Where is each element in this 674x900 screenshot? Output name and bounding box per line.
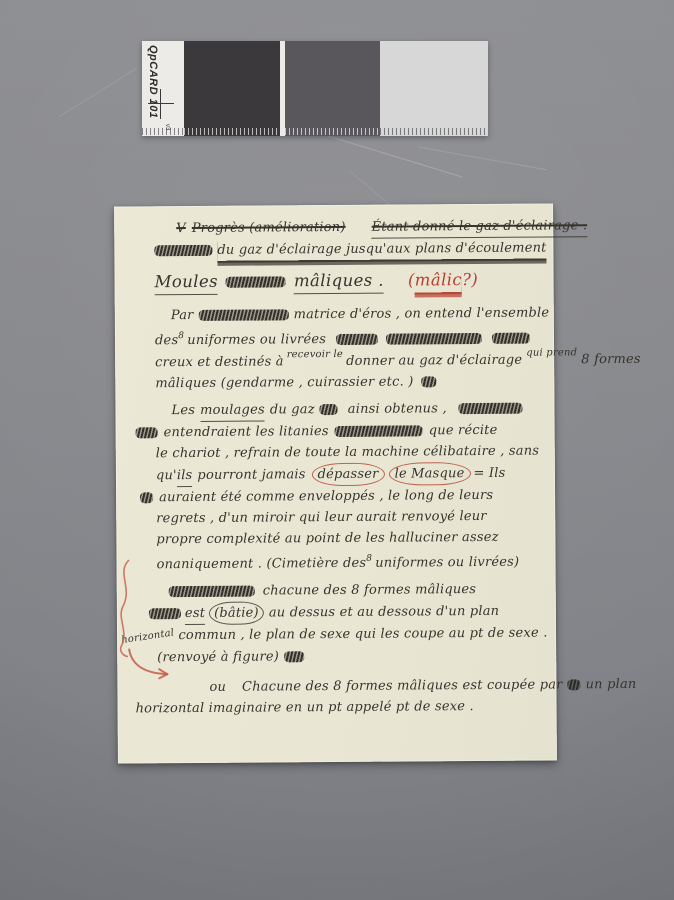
handwritten-text: Progrès (amélioration) — [192, 217, 346, 239]
handwritten-text: uniformes ou livrées — [187, 329, 326, 351]
handwritten-text: moulages — [200, 399, 265, 421]
card-label-section: QpCARD 101 v3 — [142, 41, 184, 136]
handwritten-text: = Ils — [473, 463, 505, 484]
handwritten-text: Par — [171, 305, 194, 326]
interline-insertion: recevoir le — [287, 350, 343, 360]
manuscript-line: regrets , d'un miroir qui leur aurait re… — [156, 506, 543, 530]
scribbled-out-word — [336, 334, 378, 345]
margin-check-mark: V — [176, 218, 186, 239]
scribbled-out-word — [226, 276, 286, 287]
manuscript-line: onaniquement . (Cimetière des8uniformes … — [156, 548, 543, 576]
scratch-mark — [59, 68, 138, 118]
gray-patch-light — [380, 41, 488, 136]
handwritten-text: ?) — [462, 267, 478, 292]
handwritten-text: mâliques . — [294, 268, 384, 295]
manuscript-line: Moulesmâliques .(mâlic?) — [154, 267, 541, 296]
handwritten-text: 8 — [366, 549, 372, 570]
handwritten-text: creux et destinés à — [155, 351, 284, 373]
manuscript-line: est(bâtie)au dessus et au dessous d'un p… — [157, 600, 544, 626]
manuscript-line: Lesmoulagesdu gazainsi obtenus , — [171, 398, 542, 423]
manuscript-line: horizontal imaginaire en un pt appelé pt… — [135, 696, 544, 720]
scribbled-out-word — [140, 492, 153, 503]
calibration-card: QpCARD 101 v3 — [142, 41, 488, 136]
handwritten-text: Étant donné le gaz d'éclairage . — [372, 215, 588, 239]
manuscript-line: le chariot , refrain de toute la machine… — [156, 441, 543, 465]
scribbled-out-word — [199, 309, 289, 321]
handwritten-text: uniformes ou livrées) — [375, 552, 519, 574]
scribbled-out-word — [136, 427, 158, 438]
manuscript-line: du gaz d'éclairage jusqu'aux plans d'éco… — [154, 238, 541, 262]
handwritten-text: (renvoyé à figure) — [157, 646, 279, 668]
handwritten-text: propre complexité au point de les halluc… — [156, 527, 498, 550]
handwritten-text: mâlic — [415, 267, 462, 292]
scribbled-out-word — [421, 376, 436, 387]
scribbled-out-word — [568, 679, 581, 690]
manuscript-line: ouChacune des 8 formes mâliques est coup… — [209, 675, 544, 698]
scratch-mark — [419, 147, 547, 171]
handwritten-text: au dessus et au dessous d'un plan — [269, 601, 500, 624]
scribbled-out-word — [149, 608, 181, 619]
manuscript-line: qu'ilspourront jamaisdépasserle Masque= … — [156, 462, 543, 488]
handwritten-text: pourront jamais — [197, 464, 305, 486]
handwritten-text: Moules — [154, 269, 218, 295]
scribbled-out-word — [386, 333, 482, 345]
handwritten-text: (bâtie) — [209, 602, 264, 625]
ruler-ticks — [142, 128, 184, 135]
handwritten-text: horizontal imaginaire en un pt appelé pt… — [135, 696, 473, 719]
manuscript-line: propre complexité au point de les halluc… — [156, 527, 543, 551]
gray-patch-mid — [285, 41, 380, 136]
ruler-ticks — [184, 128, 280, 135]
handwritten-text: dépasser — [312, 463, 385, 487]
ruler-ticks — [380, 128, 488, 135]
handwritten-text: du gaz d'éclairage jusqu'aux plans d'éco… — [217, 238, 546, 261]
manuscript-line: auraient été comme enveloppés , le long … — [156, 485, 543, 509]
card-label-text: QpCARD 101 — [147, 45, 159, 118]
interline-insertion: qui prend — [526, 348, 577, 358]
handwritten-text: ainsi obtenus , — [348, 398, 447, 420]
handwritten-text: onaniquement . (Cimetière des — [156, 553, 366, 575]
photo-background: QpCARD 101 v3 VProgrès (amélioration)Éta… — [0, 0, 674, 900]
handwritten-text: entendraient les litanies — [164, 421, 329, 443]
handwritten-text: des — [155, 330, 178, 351]
alternative-marker: ou — [209, 677, 226, 698]
handwritten-text: matrice d'éros , on entend l'ensemble — [293, 303, 549, 326]
manuscript-line: entendraient les litaniesque récite — [156, 420, 543, 444]
handwritten-text: le chariot , refrain de toute la machine… — [156, 441, 540, 465]
manuscript-line: horizontalcommun , le plan de sexe qui l… — [157, 623, 544, 648]
handwritten-text: donner au gaz d'éclairage — [346, 350, 522, 372]
handwritten-text: est — [185, 603, 205, 625]
handwritten-text: chacune des 8 formes mâliques — [263, 579, 477, 601]
scribbled-out-word — [154, 245, 212, 256]
gray-patch-dark — [184, 41, 280, 136]
manuscript-paper: VProgrès (amélioration)Étant donné le ga… — [114, 203, 557, 763]
ruler-ticks — [285, 128, 380, 135]
manuscript-line: chacune des 8 formes mâliques — [169, 579, 544, 603]
handwritten-text: commun , le plan de sexe qui les coupe a… — [178, 623, 547, 647]
scribbled-out-word — [284, 651, 304, 662]
handwritten-text: mâliques (gendarme , cuirassier etc. ) — [155, 371, 413, 394]
scribbled-out-word — [459, 403, 523, 414]
manuscript-line: des8uniformes ou livrées — [155, 324, 542, 352]
handwritten-text: Chacune des 8 formes mâliques est coupée… — [242, 674, 563, 697]
handwritten-text: Les — [171, 400, 195, 421]
handwritten-text: le Masque — [388, 462, 470, 486]
manuscript-line: creux et destinés àrecevoir ledonner au … — [155, 349, 542, 374]
handwritten-text: du gaz — [270, 399, 315, 420]
handwritten-text: qu' — [156, 465, 177, 486]
handwritten-text: 8 — [178, 326, 184, 347]
manuscript-text: VProgrès (amélioration)Étant donné le ga… — [114, 203, 557, 763]
handwritten-text: un plan — [585, 674, 636, 695]
scribbled-out-word — [492, 333, 530, 344]
handwritten-text: 8 formes — [581, 349, 641, 370]
scribbled-out-words — [169, 586, 255, 598]
handwritten-text: regrets , d'un miroir qui leur aurait re… — [156, 506, 487, 529]
manuscript-line: VProgrès (amélioration)Étant donné le ga… — [176, 216, 541, 241]
handwritten-text: ils — [177, 465, 193, 487]
scribbled-out-word — [320, 404, 338, 415]
manuscript-line: mâliques (gendarme , cuirassier etc. ) — [155, 371, 542, 395]
manuscript-line: (renvoyé à figure) — [157, 645, 544, 669]
scribbled-out-word — [335, 425, 423, 437]
crosshair-icon — [148, 103, 174, 104]
handwritten-text: que récite — [429, 420, 498, 441]
crosshair-icon — [160, 89, 161, 119]
handwritten-text: auraient été comme enveloppés , le long … — [159, 485, 493, 508]
manuscript-line: Parmatrice d'éros , on entend l'ensemble — [171, 303, 542, 327]
